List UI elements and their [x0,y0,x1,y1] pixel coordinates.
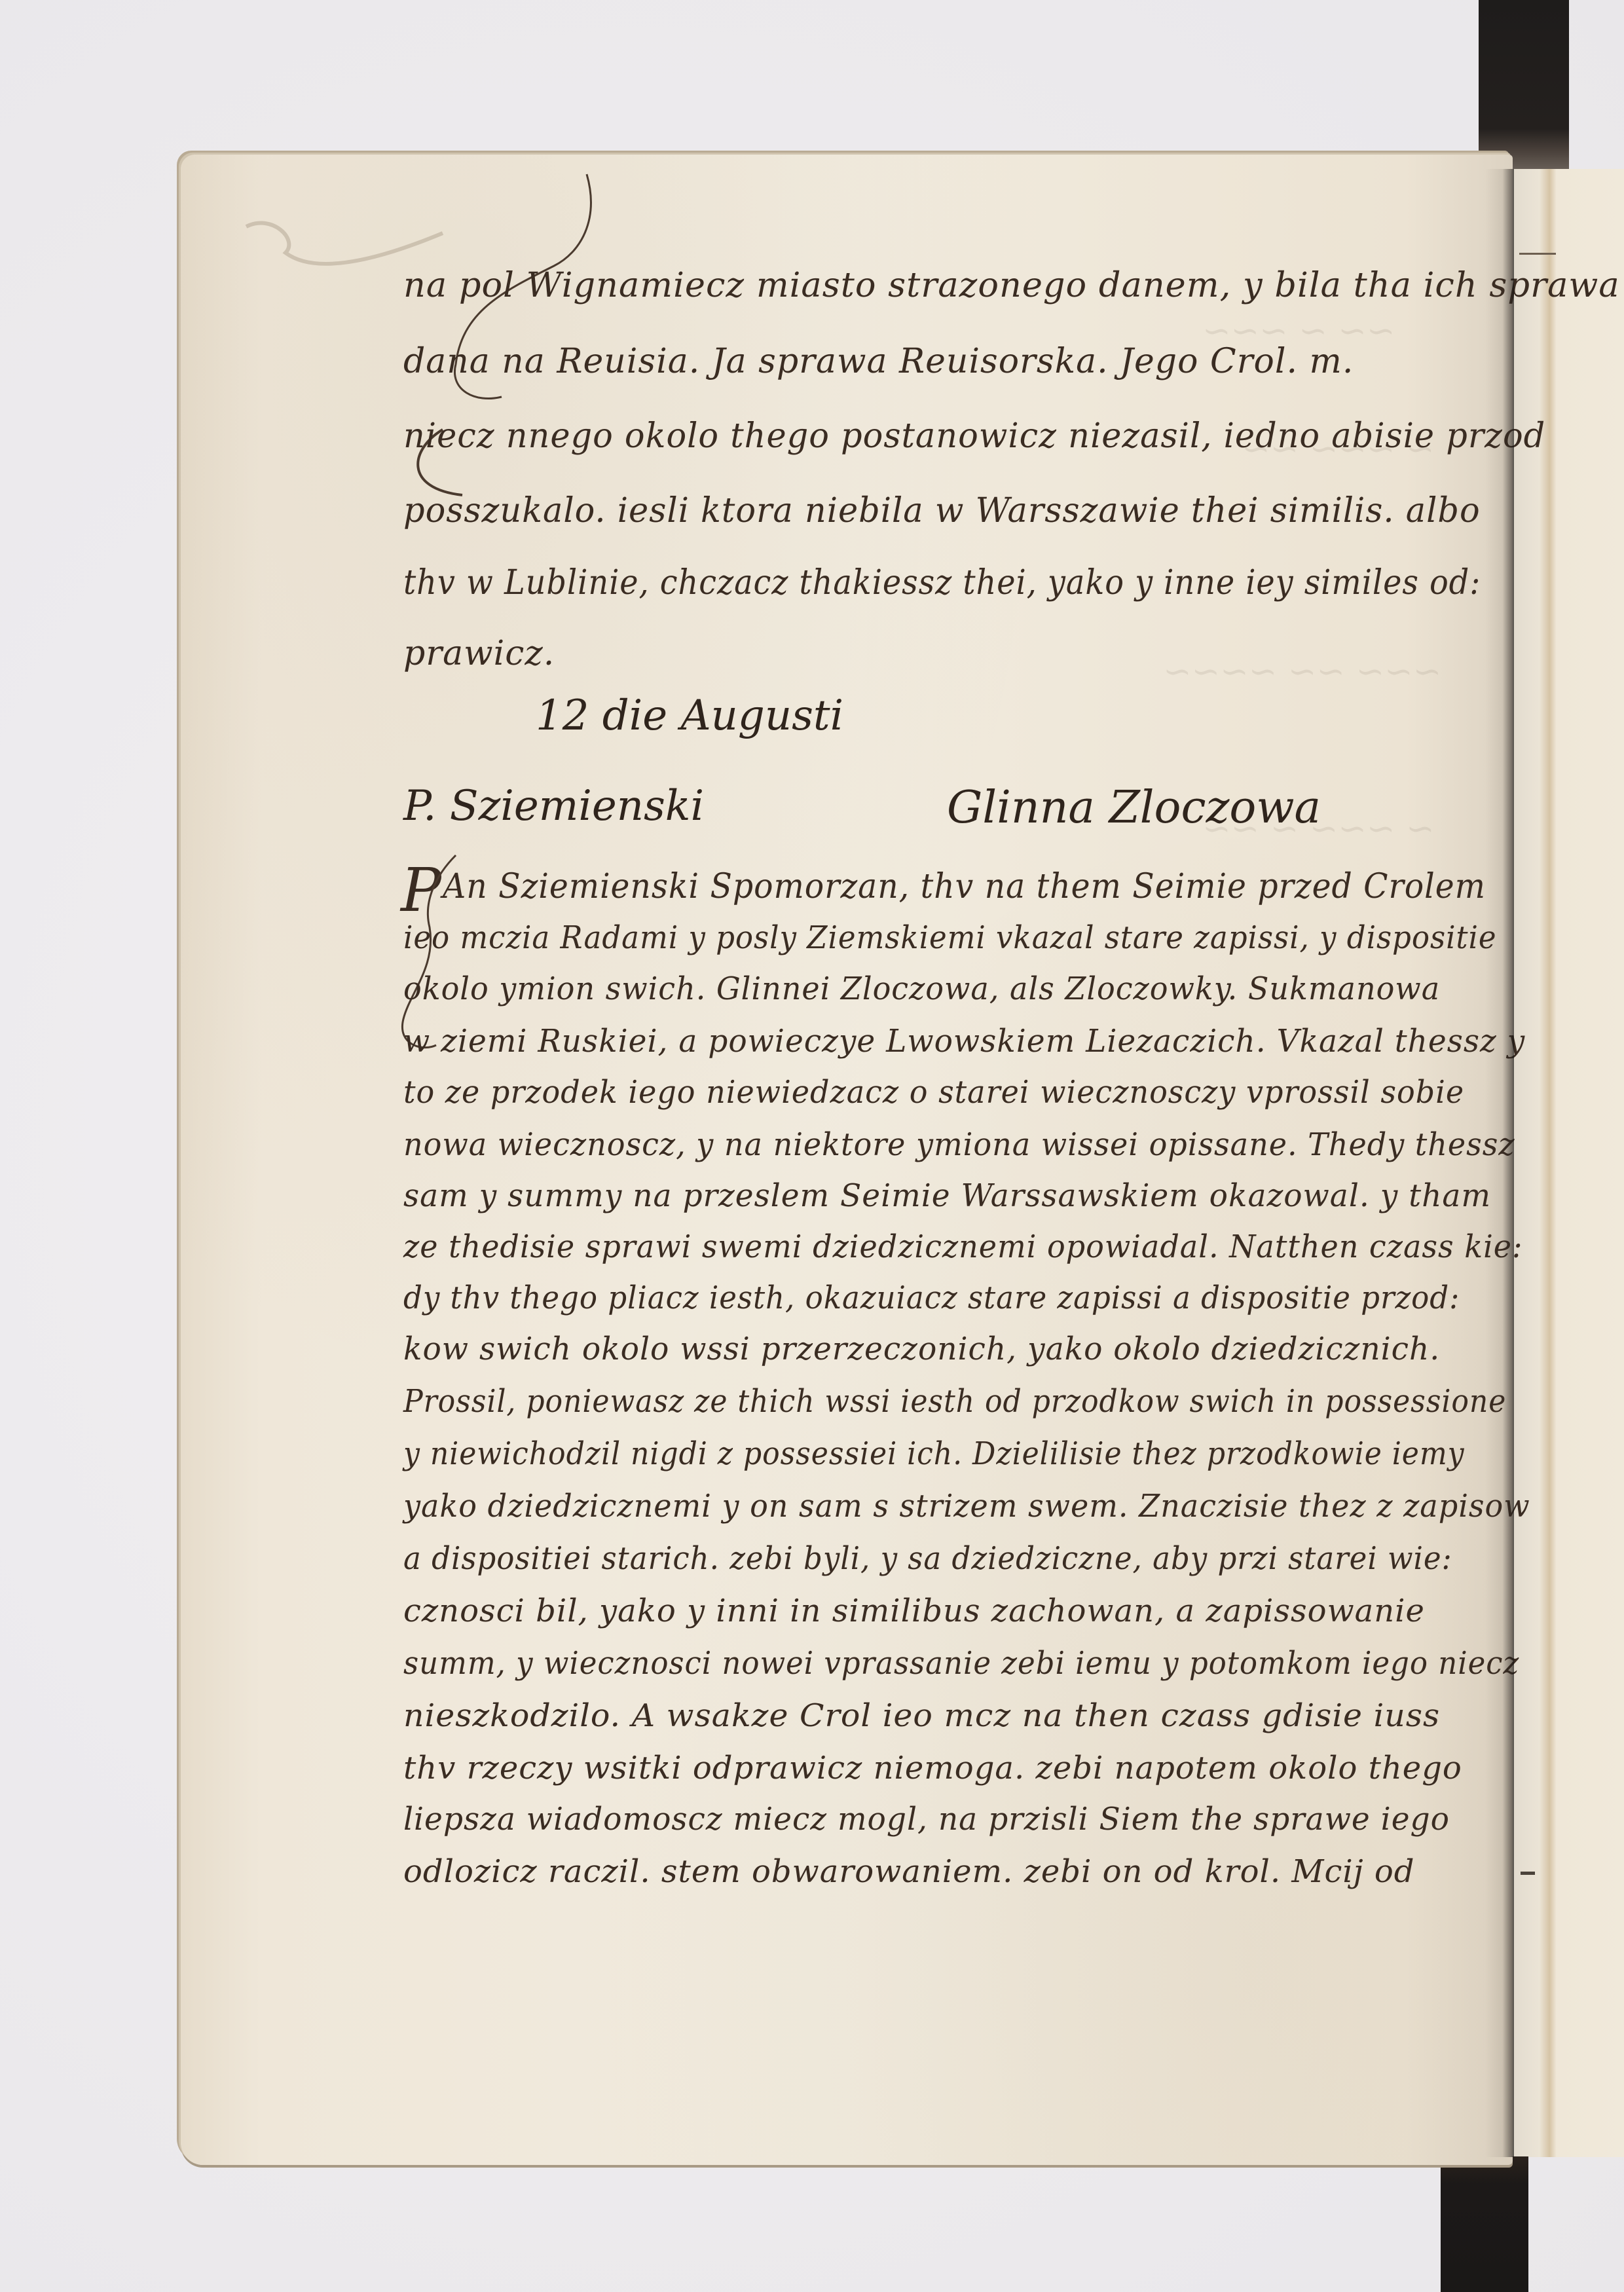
text-line: nowa wiecznoscz, y na niektore ymiona wi… [403,1126,1515,1163]
text-line: liepsza wiadomoscz miecz mogl, na przisl… [403,1801,1450,1838]
text-line: odlozicz raczil. stem obwarowaniem. zebi… [403,1853,1415,1890]
text-line: nieszkodzilo. A wsakze Crol ieo mcz na t… [403,1697,1440,1734]
binding-strap-top [1479,0,1569,172]
date-heading: 12 die Augusti [536,692,843,740]
facing-page-mark [1521,1872,1535,1875]
text-line: w ziemi Ruskiei, a powieczye Lwowskiem L… [403,1023,1525,1060]
text-line: to ze przodek iego niewiedzacz o starei … [403,1074,1464,1111]
text-line: kow swich okolo wssi przerzeczonich, yak… [403,1331,1440,1367]
case-party-right: Glinna Zloczowa [947,782,1321,834]
text-line: ieo mczia Radami y posly Ziemskiemi vkaz… [403,919,1497,956]
text-line: dy thv thego pliacz iesth, okazuiacz sta… [403,1280,1460,1316]
text-line: sam y summy na przeslem Seimie Warssawsk… [403,1177,1491,1214]
text-line: a dispositiei starich. zebi byli, y sa d… [403,1540,1452,1577]
text-line: niecz nnego okolo thego postanowicz niez… [403,416,1545,456]
text-line: yako dziedzicznemi y on sam s strizem sw… [403,1488,1530,1525]
binding-strap-bottom [1441,2156,1528,2292]
text-line: na pol Wignamiecz miasto strazonego dane… [403,266,1620,305]
ascender-flourish-icon [384,168,672,508]
drop-capital: P [401,855,441,925]
text-line: posszukalo. iesli ktora niebila w Warssz… [403,491,1481,530]
text-line: cznosci bil, yako y inni in similibus za… [403,1593,1425,1629]
text-line: ze thedisie sprawi swemi dziedzicznemi o… [403,1229,1522,1265]
binding-gutter [1485,169,1514,2157]
text-line: dana na Reuisia. Ja sprawa Reuisorska. J… [403,342,1354,381]
manuscript-page: ~~ ~ ~~~ ~ ~~~ ~~ ~~~ ~~ ~~~~ ~ ~~~ ~ ~~… [181,155,1513,2165]
text-line: thv w Lublinie, chczacz thakiessz thei, … [403,563,1481,602]
text-line: thv rzeczy wsitki odprawicz niemoga. zeb… [403,1750,1462,1786]
text-line: y niewichodzil nigdi z possessiei ich. D… [403,1435,1465,1472]
text-line: prawicz. [403,634,555,673]
show-through-text: ~~~ ~~ ~~~~ [1163,652,1441,692]
text-line: summ, y wiecznosci nowei vprassanie zebi… [403,1645,1519,1682]
faded-flourish-icon [207,187,469,279]
facing-page-edge [1511,169,1624,2157]
case-party-left: P. Sziemienski [403,782,704,830]
text-line: Prossil, poniewasz ze thich wssi iesth o… [403,1383,1506,1420]
facing-page-mark [1519,253,1556,255]
text-line: okolo ymion swich. Glinnei Zloczowa, als… [403,970,1440,1007]
text-line: An Sziemienski Spomorzan, thv na them Se… [443,867,1486,906]
